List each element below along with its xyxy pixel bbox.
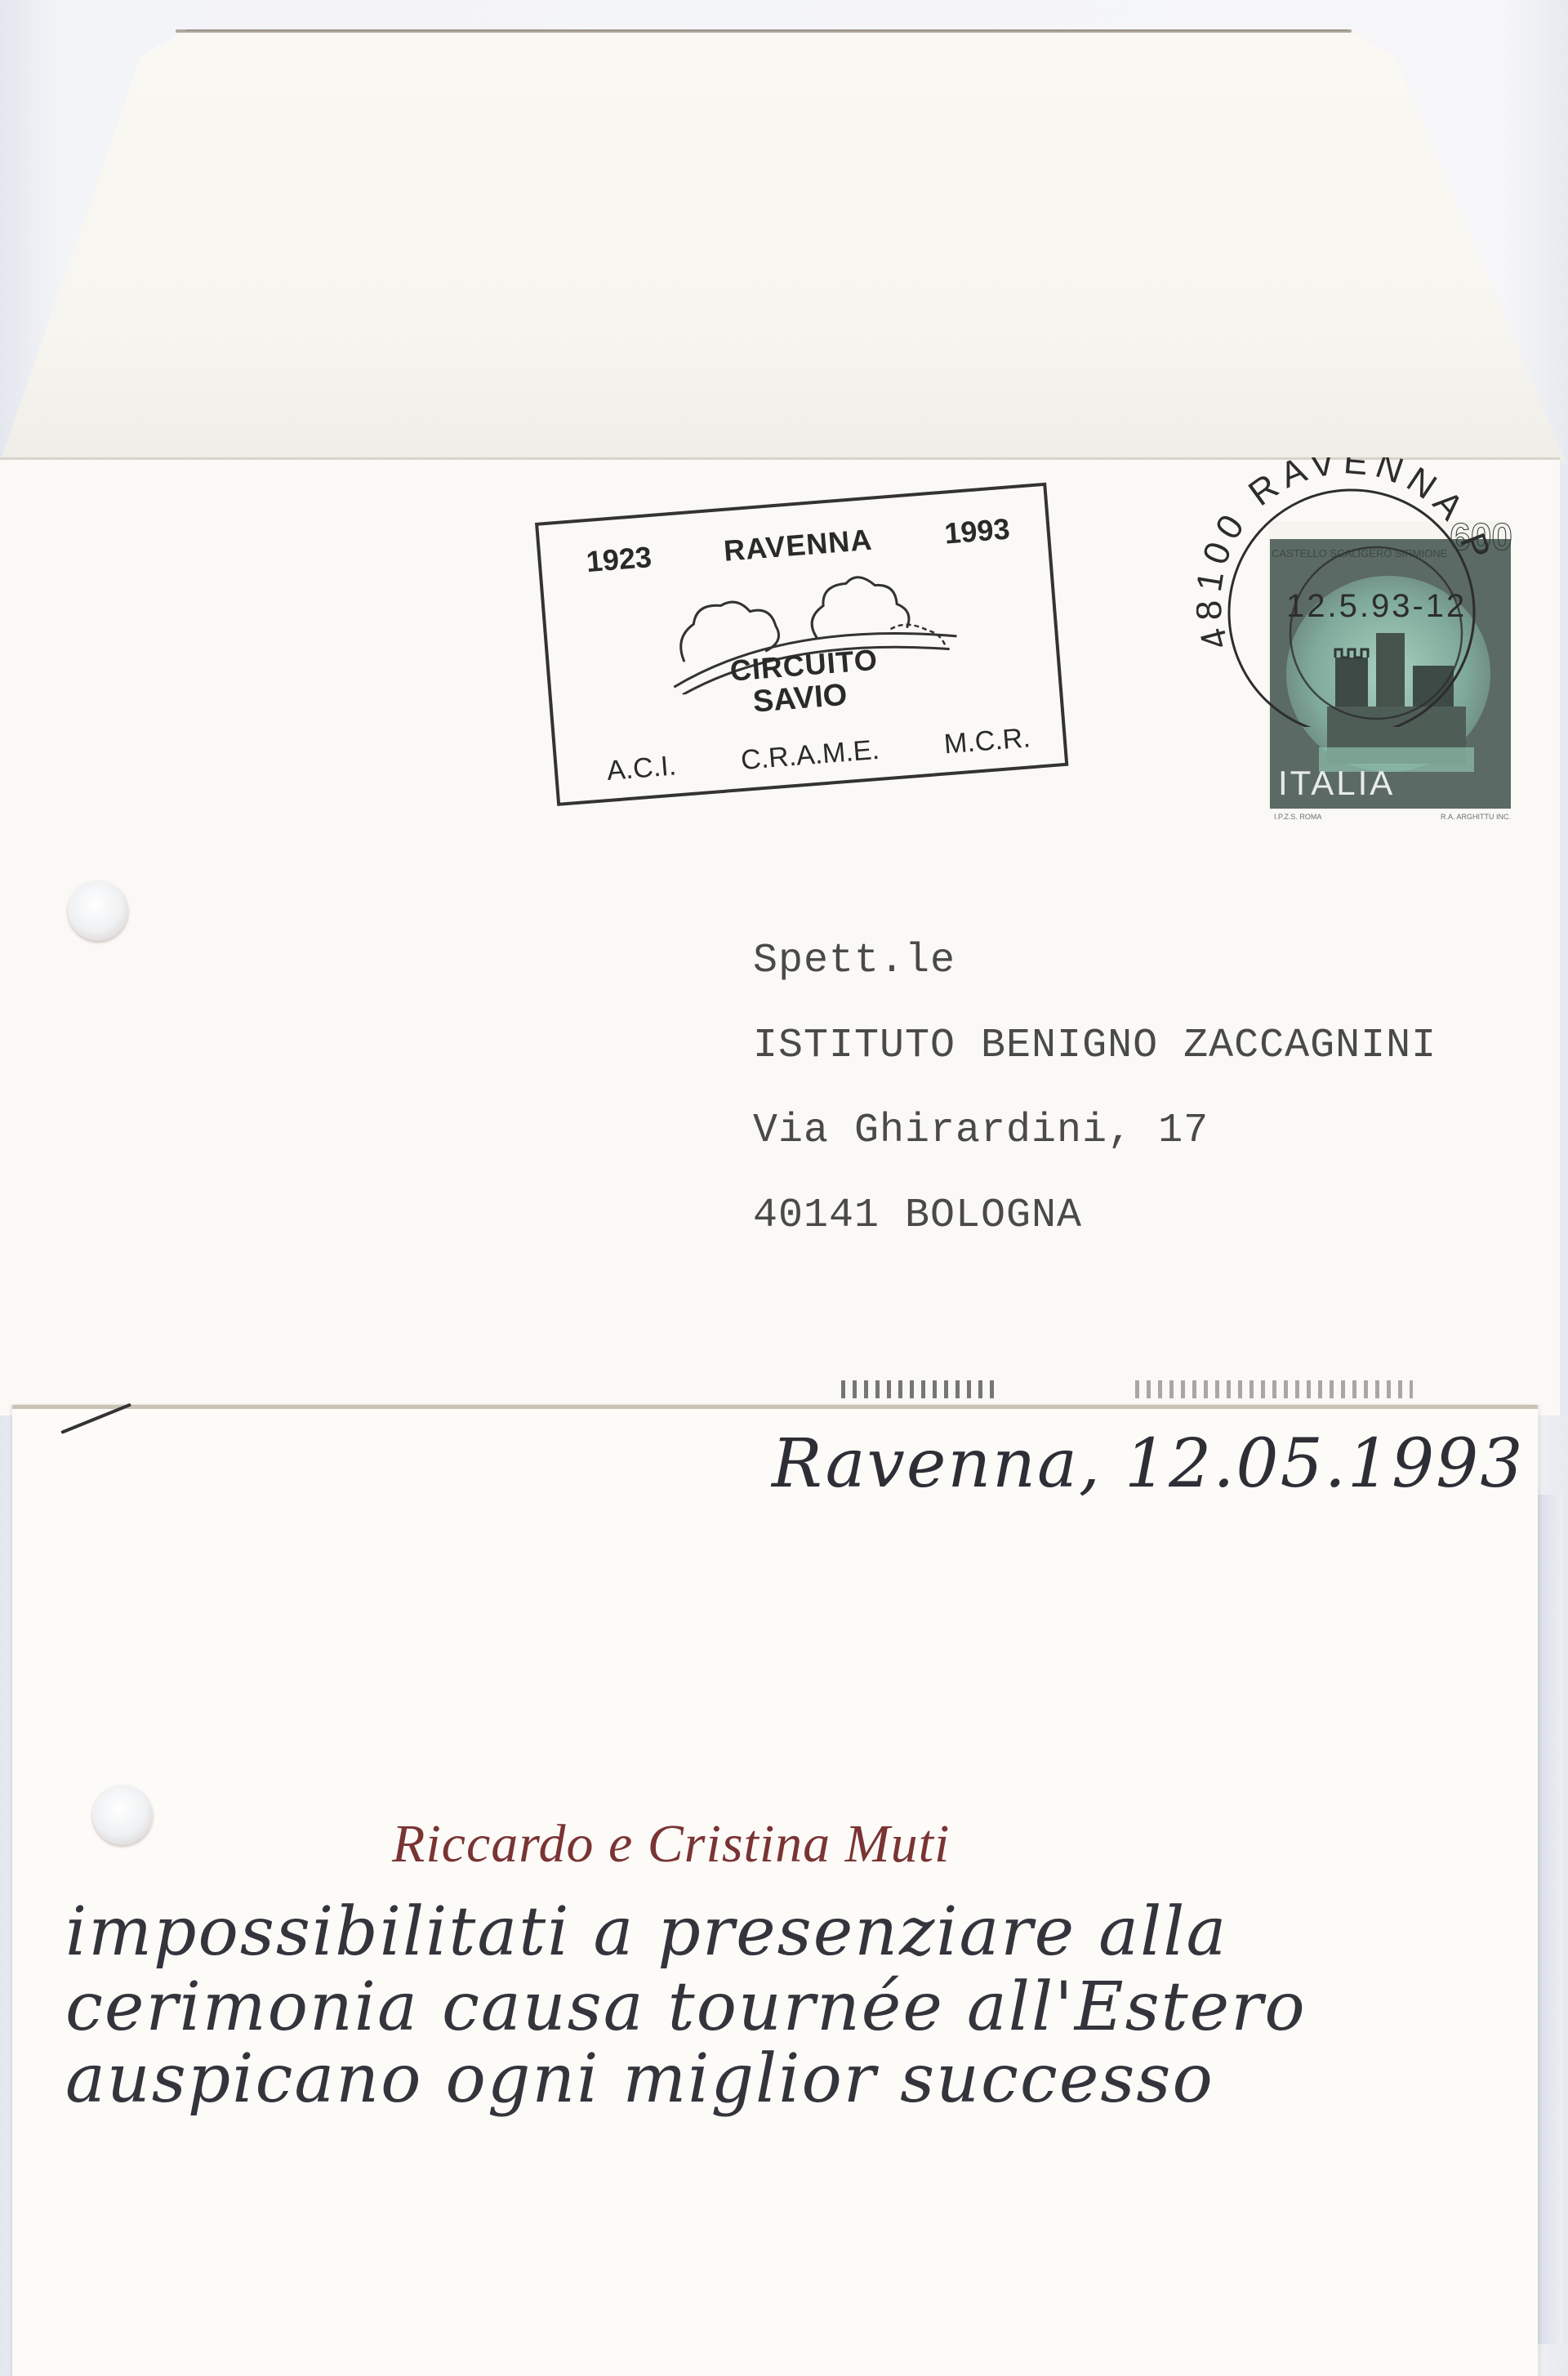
slogan-postmark: 1923 RAVENNA 1993 CIRCUITO SAVIO A.C.I. …: [535, 483, 1068, 806]
punch-hole: [92, 1785, 153, 1845]
stamp-country: ITALIA: [1278, 764, 1395, 803]
address-salutation: Spett.le: [753, 919, 1437, 1004]
address-recipient: ISTITUTO BENIGNO ZACCAGNINI: [753, 1004, 1437, 1089]
envelope-barcode-marks: [1135, 1380, 1413, 1398]
handwritten-date: Ravenna, 12.05.1993: [772, 1425, 1525, 1503]
printed-names: Riccardo e Cristina Muti: [392, 1813, 950, 1875]
message-line-1: impossibilitati a presenziare alla: [65, 1893, 1227, 1971]
punch-hole: [68, 880, 128, 941]
flap-edge: [176, 29, 1352, 33]
address-street: Via Ghirardini, 17: [753, 1089, 1437, 1174]
organizer-crame: C.R.A.M.E.: [740, 734, 881, 777]
cancellation-postmark-icon: 48100 RAVENNA P 12.5.93-12: [1196, 457, 1507, 727]
recipient-address: Spett.le ISTITUTO BENIGNO ZACCAGNINI Via…: [753, 919, 1437, 1259]
postmark-year-start: 1923: [585, 540, 653, 579]
stamp-imprint: I.P.Z.S. ROMA R.A. ARGHITTU INC.: [1274, 813, 1511, 821]
card-shadow: [1538, 1495, 1562, 2344]
greeting-card: [12, 1405, 1538, 2376]
envelope-flap: [0, 29, 1566, 462]
message-line-3: auspicano ogni miglior successo: [65, 2040, 1214, 2118]
postmark-city: RAVENNA: [723, 523, 874, 568]
message-line-2: cerimonia causa tournée all'Estero: [65, 1968, 1307, 2046]
postmark-title-line2: SAVIO: [751, 678, 848, 720]
cancel-date: 12.5.93-12: [1286, 588, 1467, 624]
organizer-aci: A.C.I.: [606, 750, 678, 787]
address-city: 40141 BOLOGNA: [753, 1174, 1437, 1259]
postmark-year-end: 1993: [943, 511, 1011, 551]
organizer-mcr: M.C.R.: [943, 722, 1032, 760]
envelope-barcode-marks: [841, 1380, 996, 1398]
